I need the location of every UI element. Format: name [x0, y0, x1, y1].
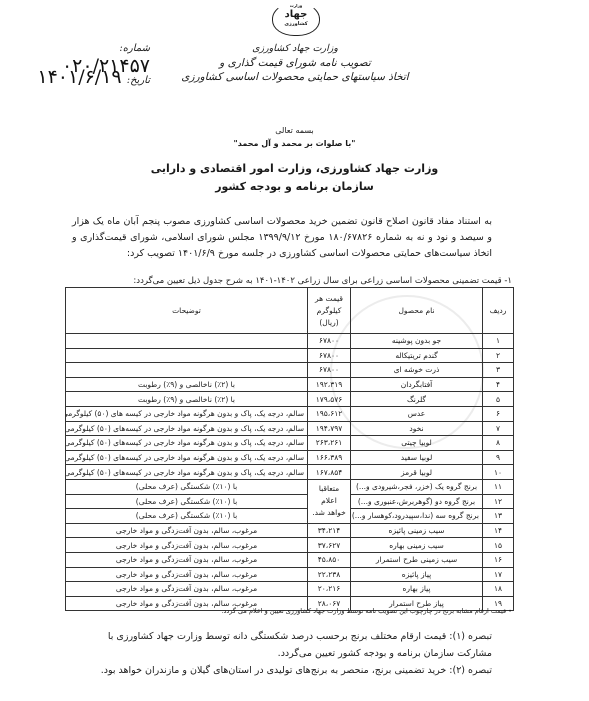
row-number-cell: ۹ [483, 450, 514, 465]
row-number-cell: ۷ [483, 421, 514, 436]
ministry-header: وزارت جهاد کشاورزی تصویب نامه شورای قیمت… [180, 42, 410, 84]
table-row: ۴آفتابگردان۱۹۲،۳۱۹با (۲٪) ناخالصی و (۹٪)… [66, 377, 514, 392]
product-name-cell: عدس [351, 406, 483, 421]
product-name-cell: برنج گروه سه (ندا،سپیدرود،کوهسار و...) [351, 509, 483, 524]
table-row: ۱جو بدون پوشینه۶۷۸۰۰ [66, 334, 514, 349]
intro-paragraph: به استناد مفاد قانون اصلاح قانون تضمین خ… [72, 214, 492, 262]
row-number-cell: ۱۵ [483, 538, 514, 553]
price-cell: ۲۶۳،۲۶۱ [308, 436, 351, 451]
table-row: ۶عدس۱۹۵،۶۱۲سالم، درجه یک، پاک و بدون هرگ… [66, 406, 514, 421]
note-2: تبصره (۲): خرید تضمینی برنج، منحصر به بر… [72, 662, 492, 679]
price-cell: ۲۲،۲۳۸ [308, 567, 351, 582]
table-row: ۱۳برنج گروه سه (ندا،سپیدرود،کوهسار و...)… [66, 509, 514, 524]
logo-subtitle: کشاورزی [273, 21, 319, 27]
price-cell: ۶۷۸۰۰ [308, 363, 351, 378]
price-cell: ۱۷۹،۵۷۶ [308, 392, 351, 407]
row-number-cell: ۶ [483, 406, 514, 421]
table-row: ۵گلرنگ۱۷۹،۵۷۶با (۲٪) ناخالصی و (۹٪) رطوب… [66, 392, 514, 407]
date-label: تاریخ: [127, 75, 150, 86]
product-name-cell: گندم تریتیکاله [351, 348, 483, 363]
product-name-cell: ذرت خوشه ای [351, 363, 483, 378]
letter-date: تاریخ: ۱۴۰۱/۶/۱۹ [30, 66, 150, 88]
product-name-cell: لوبیا قرمز [351, 465, 483, 480]
price-cell: ۱۹۲،۳۱۹ [308, 377, 351, 392]
product-name-cell: سیب زمینی طرح استمرار [351, 552, 483, 567]
description-cell: سالم، درجه یک، پاک و بدون هرگونه مواد خا… [66, 421, 308, 436]
description-cell: سالم، درجه یک، پاک و بدون هرگونه مواد خا… [66, 436, 308, 451]
table-row: ۱۵سیب زمینی بهاره۳۷،۶۲۷مرغوب، سالم، بدون… [66, 538, 514, 553]
product-name-cell: لوبیا سفید [351, 450, 483, 465]
product-name-cell: آفتابگردان [351, 377, 483, 392]
row-number-cell: ۱۶ [483, 552, 514, 567]
header-price: قیمت هر کیلوگرم (ریال) [308, 288, 351, 334]
note-1: تبصره (۱): قیمت ارقام مختلف برنج برحسب د… [72, 628, 492, 662]
description-cell: با (۲٪) ناخالصی و (۹٪) رطوبت [66, 392, 308, 407]
row-number-cell: ۱۲ [483, 494, 514, 509]
header-product: نام محصول [351, 288, 483, 334]
guaranteed-price-table: ردیف نام محصول قیمت هر کیلوگرم (ریال) تو… [65, 287, 514, 611]
description-cell: مرغوب، سالم، بدون آفت‌زدگی و مواد خارجی [66, 523, 308, 538]
product-name-cell: پیاز پائیزه [351, 567, 483, 582]
table-row: ۷نخود۱۹۴،۷۹۷سالم، درجه یک، پاک و بدون هر… [66, 421, 514, 436]
product-name-cell: جو بدون پوشینه [351, 334, 483, 349]
header-description: توضیحات [66, 288, 308, 334]
ministry-line-3: اتخاذ سیاستهای حمایتی محصولات اساسی کشاو… [180, 70, 410, 84]
table-body: ۱جو بدون پوشینه۶۷۸۰۰۲گندم تریتیکاله۶۷۸۰۰… [66, 334, 514, 611]
logo-name: جهاد [273, 9, 319, 21]
row-number-cell: ۲ [483, 348, 514, 363]
description-cell: مرغوب، سالم، بدون آفت‌زدگی و مواد خارجی [66, 538, 308, 553]
description-cell: مرغوب، سالم، بدون آفت‌زدگی و مواد خارجی [66, 582, 308, 597]
description-cell: سالم، درجه یک، پاک و بدون هرگونه مواد خا… [66, 406, 308, 421]
ministry-logo: وزارت جهاد کشاورزی [272, 2, 320, 36]
product-name-cell: گلرنگ [351, 392, 483, 407]
description-cell: با (۲٪) ناخالصی و (۹٪) رطوبت [66, 377, 308, 392]
price-cell: ۱۹۵،۶۱۲ [308, 406, 351, 421]
addressee-line-1: وزارت جهاد کشاورزی، وزارت امور اقتصادی و… [0, 160, 589, 177]
description-cell: با (۱۰٪) شکستگی (عرف محلی) [66, 494, 308, 509]
row-number-cell: ۱۳ [483, 509, 514, 524]
table-row: ۱۸پیاز بهاره۲۰،۲۱۶مرغوب، سالم، بدون آفت‌… [66, 582, 514, 597]
table-footnote: • قیمت ارقام مشابه برنج در چارچوب این تص… [72, 607, 512, 615]
table-row: ۱۱برنج گروه یک (خزر، فجر،شیرودی و...)متع… [66, 479, 514, 494]
table-row: ۱۲برنج گروه دو (گوهربرش،عنبوری و...)با (… [66, 494, 514, 509]
row-number-cell: ۱۰ [483, 465, 514, 480]
row-number-cell: ۵ [483, 392, 514, 407]
price-cell: ۳۷،۶۲۷ [308, 538, 351, 553]
price-cell: ۶۷۸۰۰ [308, 334, 351, 349]
product-name-cell: برنج گروه دو (گوهربرش،عنبوری و...) [351, 494, 483, 509]
table-row: ۳ذرت خوشه ای۶۷۸۰۰ [66, 363, 514, 378]
product-name-cell: برنج گروه یک (خزر، فجر،شیرودی و...) [351, 479, 483, 494]
product-name-cell: سیب زمینی پائیزه [351, 523, 483, 538]
description-cell: سالم، درجه یک، پاک و بدون هرگونه مواد خا… [66, 450, 308, 465]
date-value: ۱۴۰۱/۶/۱۹ [37, 66, 121, 88]
price-cell: ۳۴،۲۱۴ [308, 523, 351, 538]
row-number-cell: ۸ [483, 436, 514, 451]
description-cell [66, 334, 308, 349]
table-row: ۹لوبیا سفید۱۶۶،۳۸۹سالم، درجه یک، پاک و ب… [66, 450, 514, 465]
row-number-cell: ۳ [483, 363, 514, 378]
row-number-cell: ۱۷ [483, 567, 514, 582]
notes-section: تبصره (۱): قیمت ارقام مختلف برنج برحسب د… [72, 628, 492, 679]
product-name-cell: نخود [351, 421, 483, 436]
table-row: ۱۶سیب زمینی طرح استمرار۴۵،۸۵۰مرغوب، سالم… [66, 552, 514, 567]
addressee-line-2: سازمان برنامه و بودجه کشور [0, 178, 589, 195]
section-1-heading: ۱- قیمت تضمینی محصولات اساسی زراعی برای … [72, 276, 512, 286]
description-cell: مرغوب، سالم، بدون آفت‌زدگی و مواد خارجی [66, 567, 308, 582]
product-name-cell: سیب زمینی بهاره [351, 538, 483, 553]
header-row-number: ردیف [483, 288, 514, 334]
table-row: ۱۴سیب زمینی پائیزه۳۴،۲۱۴مرغوب، سالم، بدو… [66, 523, 514, 538]
price-cell: ۲۰،۲۱۶ [308, 582, 351, 597]
price-cell-merged: متعاقبا اعلام خواهد شد. [308, 479, 351, 523]
invocation-line-2: "با صلوات بر محمد و آل محمد" [0, 139, 589, 148]
price-cell: ۱۶۷،۸۵۴ [308, 465, 351, 480]
row-number-cell: ۱۸ [483, 582, 514, 597]
product-name-cell: لوبیا چیتی [351, 436, 483, 451]
number-label: شماره: [119, 43, 150, 54]
description-cell: با (۱۰٪) شکستگی (عرف محلی) [66, 509, 308, 524]
row-number-cell: ۱۴ [483, 523, 514, 538]
description-cell [66, 348, 308, 363]
price-cell: ۱۹۴،۷۹۷ [308, 421, 351, 436]
description-cell: مرغوب، سالم، بدون آفت‌زدگی و مواد خارجی [66, 552, 308, 567]
row-number-cell: ۴ [483, 377, 514, 392]
table-row: ۲گندم تریتیکاله۶۷۸۰۰ [66, 348, 514, 363]
description-cell [66, 363, 308, 378]
price-cell: ۶۷۸۰۰ [308, 348, 351, 363]
row-number-cell: ۱۱ [483, 479, 514, 494]
table-row: ۸لوبیا چیتی۲۶۳،۲۶۱سالم، درجه یک، پاک و ب… [66, 436, 514, 451]
ministry-line-1: وزارت جهاد کشاورزی [180, 42, 410, 56]
price-cell: ۴۵،۸۵۰ [308, 552, 351, 567]
product-name-cell: پیاز بهاره [351, 582, 483, 597]
price-cell: ۱۶۶،۳۸۹ [308, 450, 351, 465]
table-row: ۱۷پیاز پائیزه۲۲،۲۳۸مرغوب، سالم، بدون آفت… [66, 567, 514, 582]
description-cell: سالم، درجه یک، پاک و بدون هرگونه مواد خا… [66, 465, 308, 480]
ministry-line-2: تصویب نامه شورای قیمت گذاری و [180, 56, 410, 70]
table-header-row: ردیف نام محصول قیمت هر کیلوگرم (ریال) تو… [66, 288, 514, 334]
invocation-line-1: بسمه تعالی [0, 126, 589, 135]
table-row: ۱۰لوبیا قرمز۱۶۷،۸۵۴سالم، درجه یک، پاک و … [66, 465, 514, 480]
description-cell: با (۱۰٪) شکستگی (عرف محلی) [66, 479, 308, 494]
row-number-cell: ۱ [483, 334, 514, 349]
